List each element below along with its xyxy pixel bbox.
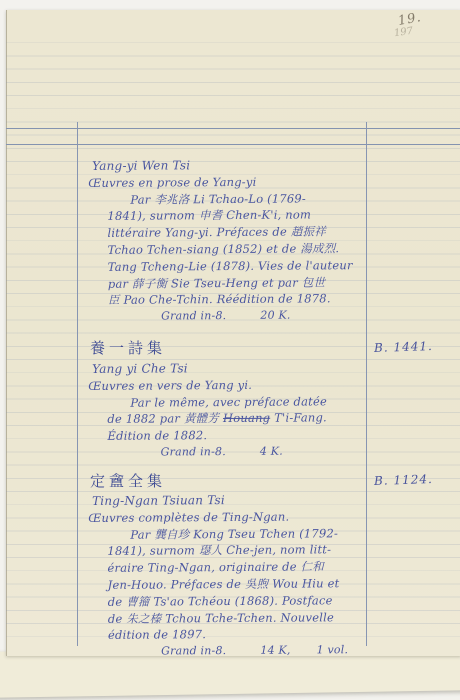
entry-reference-number: B. 1441. <box>374 339 433 355</box>
entry-body-line: 1841), surnom 申耆 Chen-K'i, nom <box>107 206 398 225</box>
entry-format: Grand in-8. <box>161 445 226 458</box>
catalog-entry-2: Yang yi Che Tsi Œuvres en vers de Yang y… <box>88 359 399 462</box>
entry-title-romanized: Ting-Ngan Tsiuan Tsi <box>92 491 398 510</box>
entry-body-line: Édition de 1882. <box>107 426 398 445</box>
entry-body-line: éraire Ting-Ngan, originaire de 仁和 <box>107 558 398 577</box>
header-rule-bottom <box>6 144 460 145</box>
entry-chinese-title: 養一詩集 <box>90 337 166 358</box>
entry-body-line: littéraire Yang-yi. Préfaces de 趙振祥 <box>107 223 398 242</box>
entry-body-line: de 曹籀 Ts'ao Tchéou (1868). Postface <box>108 592 399 611</box>
entry-body-struck-word: Houang <box>223 411 270 425</box>
entry-body-line: Tang Tcheng-Lie (1878). Vies de l'auteur <box>108 257 399 276</box>
catalog-entry-3: Ting-Ngan Tsiuan Tsi Œuvres complètes de… <box>88 491 399 661</box>
left-column-rule <box>77 122 78 646</box>
entry-body-line: par 薛子衡 Sie Tseu-Heng et par 包世 <box>108 273 399 292</box>
entry-title-romanized: Yang-yi Wen Tsi <box>92 156 398 175</box>
entry-title-romanized: Yang yi Che Tsi <box>92 359 398 378</box>
entry-volumes: 1 vol. <box>317 643 349 656</box>
entry-body-line: de 1882 par 黃體芳HouangT'i-Fang. <box>107 409 398 428</box>
entry-title-french: Œuvres en prose de Yang-yi <box>88 173 398 192</box>
entry-format: Grand in-8. <box>161 644 226 657</box>
entry-title-french: Œuvres complètes de Ting-Ngan. <box>88 508 398 527</box>
scanned-page-stage: 19. 197 Yang-yi Wen Tsi Œuvres en prose … <box>0 0 460 700</box>
entry-body-line: de 朱之榛 Tchou Tche-Tchen. Nouvelle <box>108 608 399 627</box>
entry-price: 20 K. <box>260 309 290 322</box>
entry-body-line: 1841), surnom 璱人 Che-jen, nom litt- <box>107 541 398 560</box>
header-rule-top <box>6 128 460 129</box>
entry-price: 14 K, <box>260 644 290 657</box>
entry-format-line: Grand in-8.20 K. <box>161 307 399 325</box>
entry-chinese-title: 定盦全集 <box>90 470 166 491</box>
entry-format-line: Grand in-8.4 K. <box>161 443 399 461</box>
entry-reference-number: B. 1124. <box>374 472 433 488</box>
entry-body-segment: de 1882 par 黃體芳 <box>107 411 219 426</box>
entry-body-segment: T'i-Fang. <box>274 411 327 425</box>
entry-body-line: 臣 Pao Che-Tchin. Réédition de 1878. <box>108 290 399 309</box>
entry-format-line: Grand in-8.14 K,1 vol. <box>161 642 399 660</box>
entry-price: 4 K. <box>260 445 283 458</box>
entry-body-line: édition de 1897. <box>108 625 399 644</box>
entry-body-line: Par 龔自珍 Kong Tseu Tchen (1792- <box>130 524 398 543</box>
entry-format: Grand in-8. <box>161 309 226 322</box>
entry-body-line: Par 李兆洛 Li Tchao-Lo (1769- <box>130 189 398 208</box>
entry-body-line: Par le même, avec préface datée <box>130 392 398 411</box>
entry-title-french: Œuvres en vers de Yang yi. <box>88 376 398 395</box>
entry-body-line: Tchao Tchen-siang (1852) et de 湯成烈. <box>108 240 399 259</box>
catalog-entry-1: Yang-yi Wen Tsi Œuvres en prose de Yang-… <box>88 156 399 326</box>
entry-body-line: Jen-Houo. Préfaces de 吳煦 Wou Hiu et <box>108 575 399 594</box>
